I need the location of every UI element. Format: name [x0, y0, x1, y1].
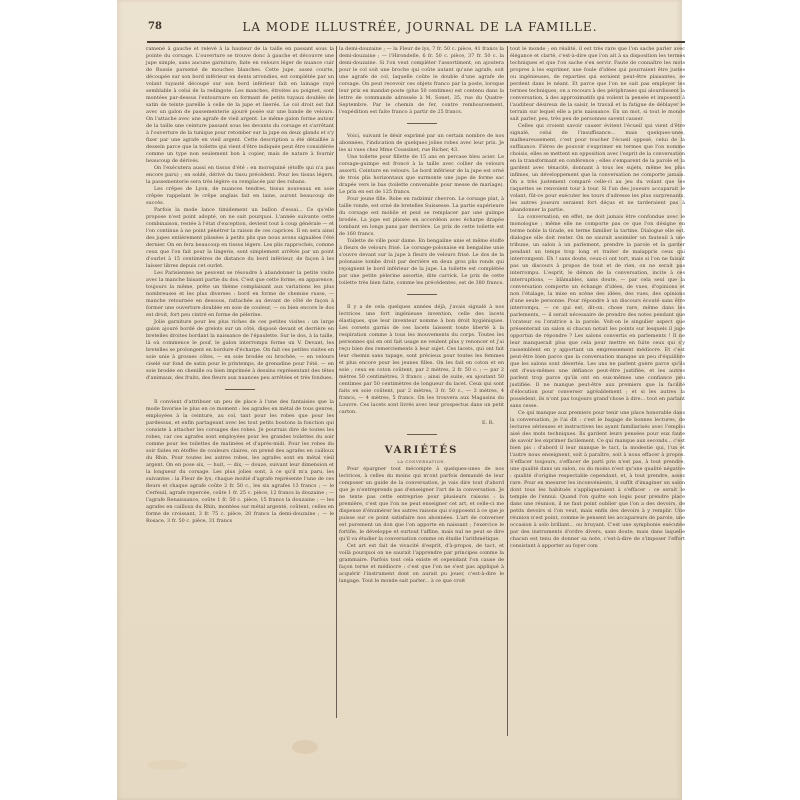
paragraph: ramené à gauche et relevé à la hauteur d…	[146, 46, 334, 165]
paragraph: Une toilette pour fillette de 15 ans en …	[339, 154, 504, 196]
column-divider	[507, 46, 508, 736]
section-separator	[407, 123, 437, 124]
paragraph: Pour épargner tout mécompte à quelques-u…	[339, 466, 504, 543]
paragraph: Celles qui croient savoir causer évitent…	[510, 123, 685, 214]
paragraph: Jolie garniture pour les plus riches de …	[146, 319, 334, 382]
paragraph: Voici, suivant le désir exprimé par un c…	[339, 133, 504, 154]
section-subtitle: LA CONVERSATION.	[339, 458, 504, 466]
author-signature: E. R.	[339, 420, 494, 427]
section-separator	[225, 389, 255, 390]
paragraph: Les crêpes de Lyon, de nuances tendres, …	[146, 186, 334, 207]
header-rule	[147, 41, 685, 43]
paragraph: La conversation, en effet, ne doit jamai…	[510, 214, 685, 410]
paragraph: Les Parisiennes ne peuvent se résoudre à…	[146, 270, 334, 319]
paragraph: Cet art est fait de vivacité d'esprit, d…	[339, 543, 504, 585]
column-1: ramené à gauche et relevé à la hauteur d…	[146, 46, 334, 525]
column-2: la demi-douzaine ; — la Fleur de lys, 7 …	[339, 46, 504, 585]
section-separator	[407, 294, 437, 295]
paragraph: Toilette de ville pour dame. En bengalin…	[339, 238, 504, 287]
paragraph: Pour jeune fille. Robe en radzimir chevr…	[339, 196, 504, 238]
section-separator	[407, 434, 437, 435]
paper-stain	[147, 760, 187, 770]
paragraph: Il y a de cela quelques années déjà, j'a…	[339, 304, 504, 416]
paragraph: la demi-douzaine ; — la Fleur de lys, 7 …	[339, 46, 504, 116]
paragraph: Il convient d'attribuer un peu de place …	[146, 399, 334, 525]
paragraph: tout le monde ; en réalité, il est très …	[510, 46, 685, 123]
running-title: LA MODE ILLUSTRÉE, JOURNAL DE LA FAMILLE…	[145, 20, 695, 34]
paragraph: Ce qui manque aux premiers pour tenir un…	[510, 410, 685, 550]
column-3: tout le monde ; en réalité, il est très …	[510, 46, 685, 550]
paper-stain	[292, 740, 318, 754]
paragraph: Parfois la mode lance timidement un ball…	[146, 207, 334, 270]
section-title: VARIÉTÉS	[339, 444, 504, 458]
column-divider	[336, 46, 337, 718]
paragraph: On l'exécutera aussi en tissus d'été : e…	[146, 165, 334, 186]
